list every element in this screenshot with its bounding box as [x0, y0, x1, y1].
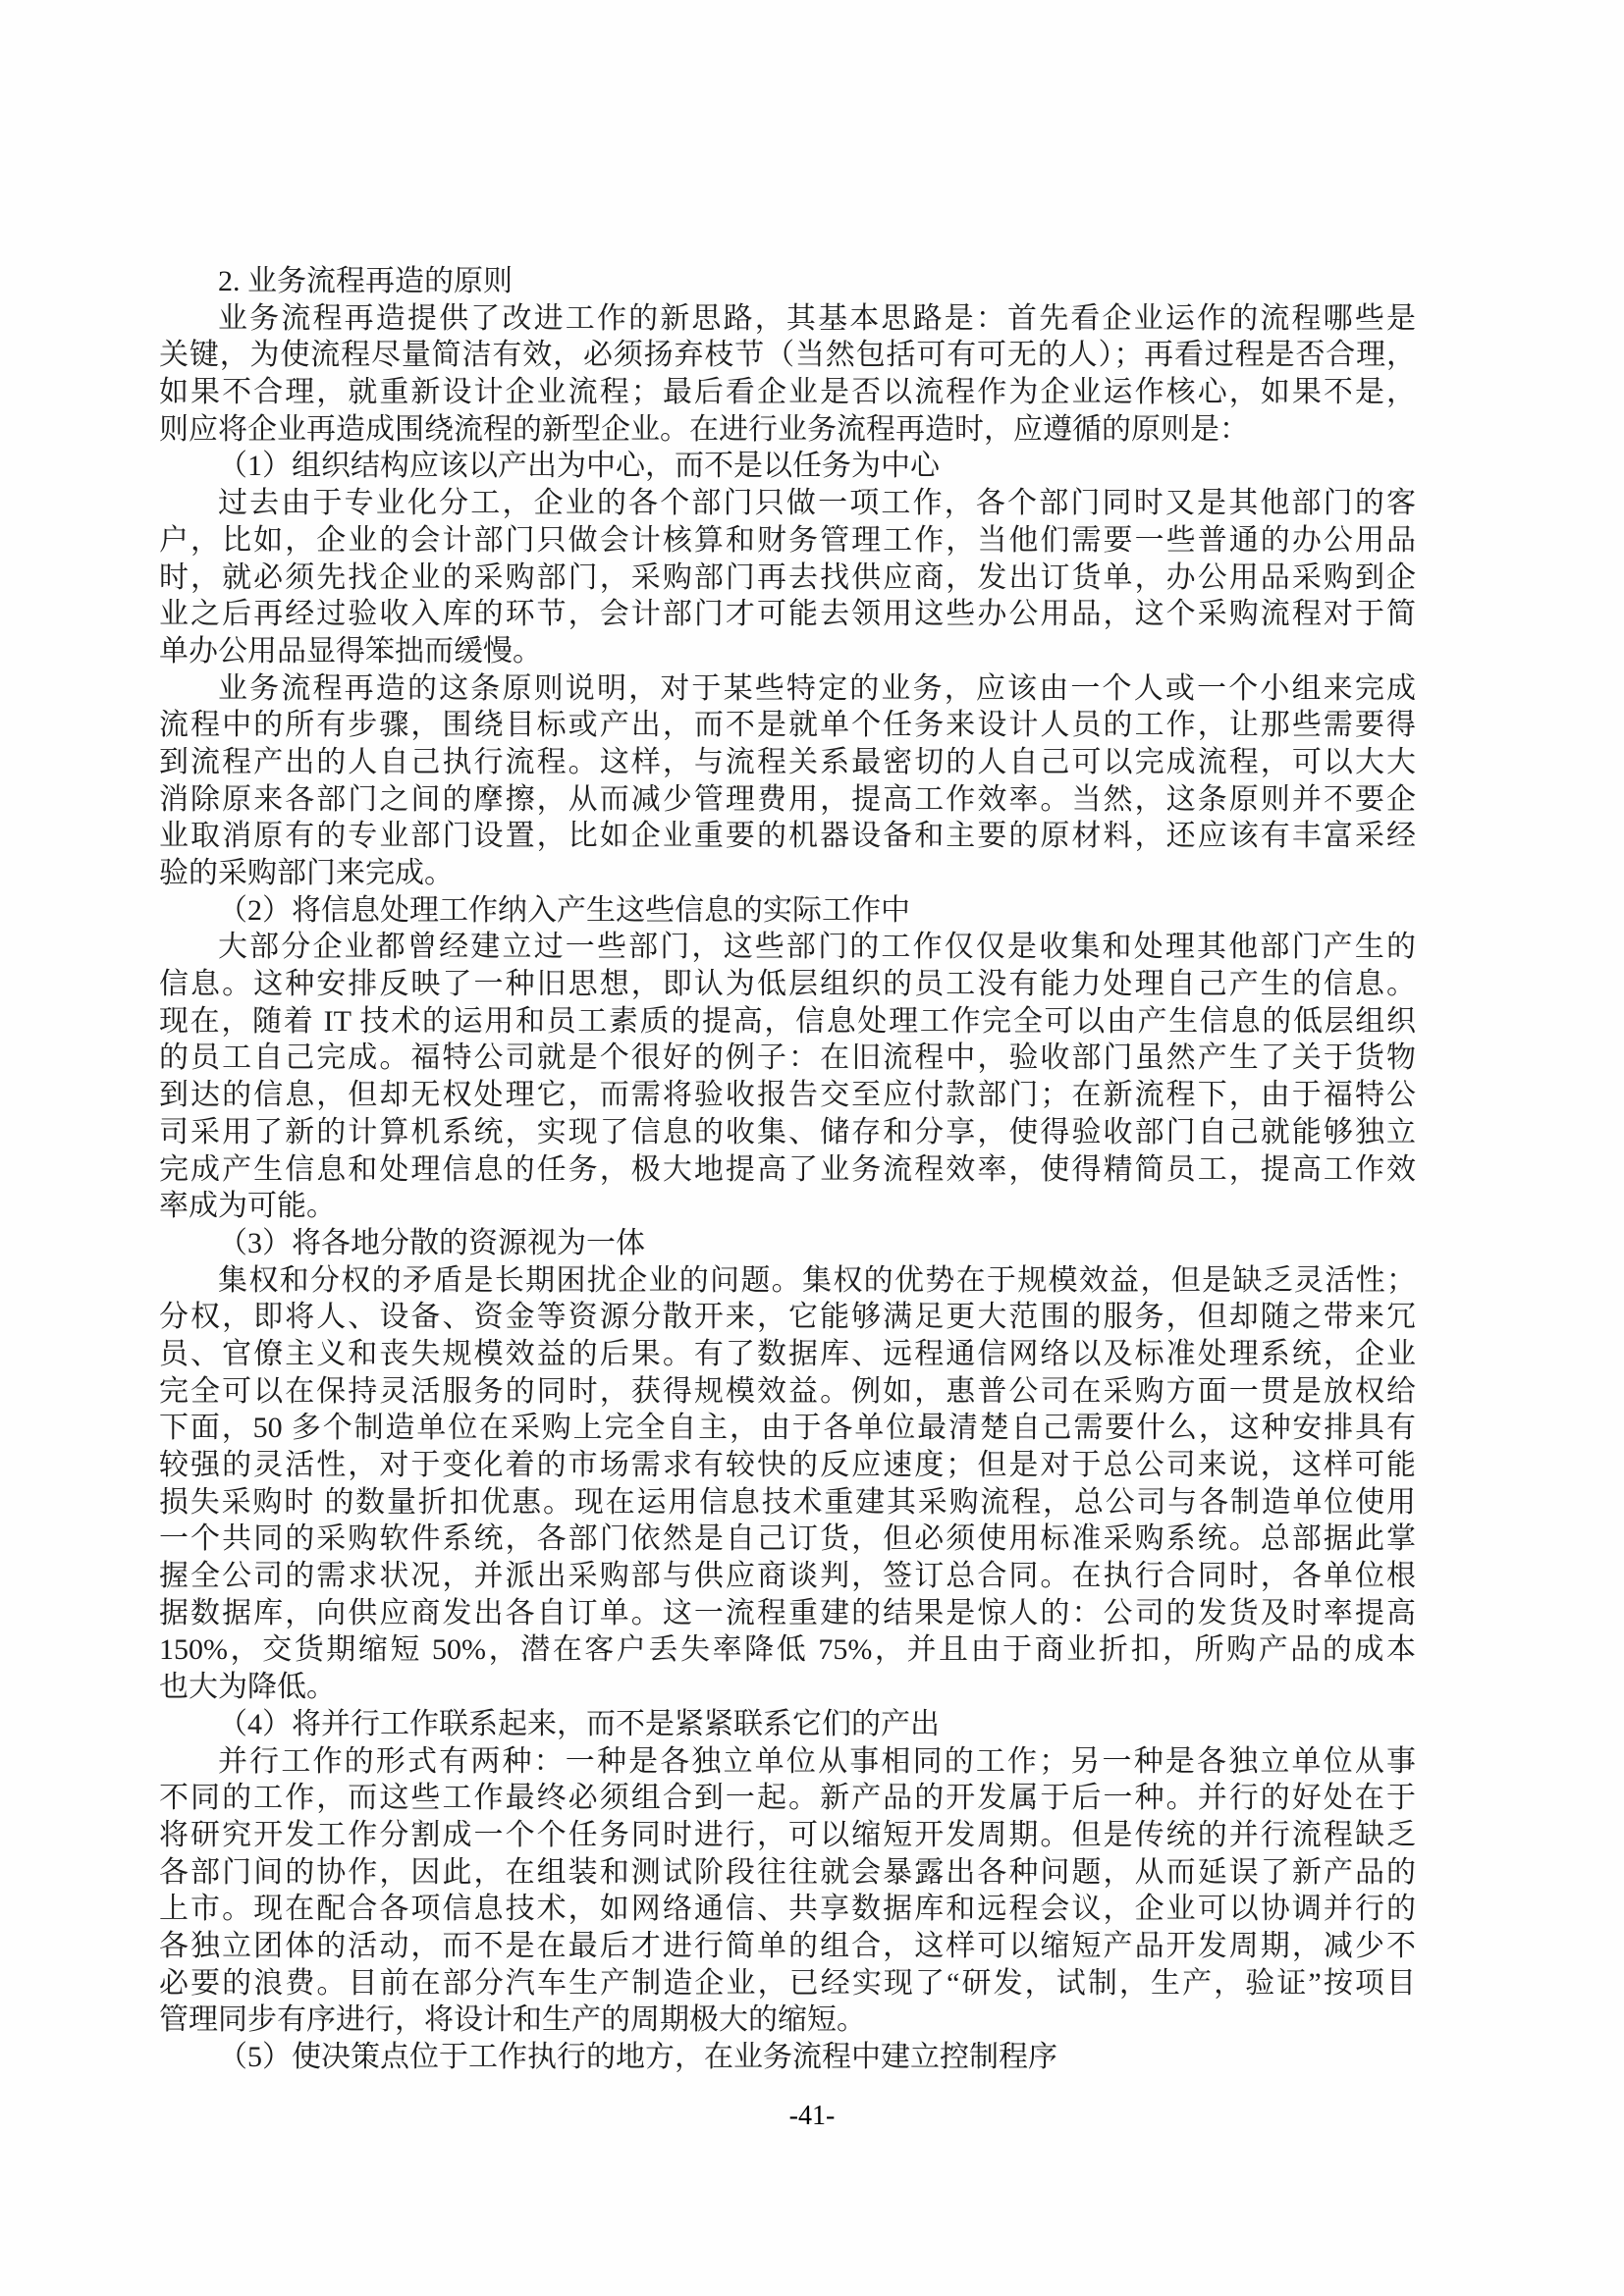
text-line: 不同的工作，而这些工作最终必须组合到一起。新产品的开发属于后一种。并行的好处在于 [159, 1780, 1416, 1817]
text-line: 到流程产出的人自己执行流程。这样，与流程关系最密切的人自己可以完成流程，可以大大 [159, 744, 1416, 781]
text-line: 率成为可能。 [159, 1188, 1416, 1225]
text-line: 到达的信息，但却无权处理它，而需将验收报告交至应付款部门；在新流程下，由于福特公 [159, 1077, 1416, 1114]
text-line: 关键，为使流程尽量简洁有效，必须扬弃枝节（当然包括可有可无的人）；再看过程是否合… [159, 337, 1416, 374]
text-line: 则应将企业再造成围绕流程的新型企业。在进行业务流程再造时，应遵循的原则是： [159, 411, 1416, 449]
text-line: 将研究开发工作分割成一个个任务同时进行，可以缩短开发周期。但是传统的并行流程缺乏 [159, 1817, 1416, 1854]
section-heading: （4）将并行工作联系起来，而不是紧紧联系它们的产出 [159, 1706, 1416, 1743]
text-line: 业取消原有的专业部门设置，比如企业重要的机器设备和主要的原材料，还应该有丰富采经 [159, 818, 1416, 855]
text-line: 下面，50 多个制造单位在采购上完全自主，由于各单位最清楚自己需要什么，这种安排… [159, 1410, 1416, 1447]
text-line: 员、官僚主义和丧失规模效益的后果。有了数据库、远程通信网络以及标准处理系统，企业 [159, 1336, 1416, 1373]
text-line: 150%，交货期缩短 50%，潜在客户丢失率降低 75%，并且由于商业折扣，所购… [159, 1631, 1416, 1669]
text-line: 上市。现在配合各项信息技术，如网络通信、共享数据库和远程会议，企业可以协调并行的 [159, 1891, 1416, 1928]
text-line: 如果不合理，就重新设计企业流程；最后看企业是否以流程作为企业运作核心，如果不是， [159, 374, 1416, 411]
document-body: 2. 业务流程再造的原则业务流程再造提供了改进工作的新思路，其基本思路是：首先看… [159, 263, 1416, 2076]
text-line: 的员工自己完成。福特公司就是个很好的例子：在旧流程中，验收部门虽然产生了关于货物 [159, 1040, 1416, 1077]
section-heading: （2）将信息处理工作纳入产生这些信息的实际工作中 [159, 892, 1416, 930]
section-heading: （1）组织结构应该以产出为中心，而不是以任务为中心 [159, 448, 1416, 485]
section-heading: 2. 业务流程再造的原则 [159, 263, 1416, 300]
text-line: 分权，即将人、设备、资金等资源分散开来，它能够满足更大范围的服务，但却随之带来冗 [159, 1299, 1416, 1336]
text-line: 业务流程再造提供了改进工作的新思路，其基本思路是：首先看企业运作的流程哪些是 [159, 300, 1416, 338]
document-page: 2. 业务流程再造的原则业务流程再造提供了改进工作的新思路，其基本思路是：首先看… [0, 0, 1624, 2296]
text-line: 现在，随着 IT 技术的运用和员工素质的提高，信息处理工作完全可以由产生信息的低… [159, 1003, 1416, 1041]
text-line: 过去由于专业化分工，企业的各个部门只做一项工作，各个部门同时又是其他部门的客 [159, 485, 1416, 522]
text-line: 也大为降低。 [159, 1669, 1416, 1706]
text-line: 损失采购时 的数量折扣优惠。现在运用信息技术重建其采购流程，总公司与各制造单位使… [159, 1484, 1416, 1522]
page-number: -41- [0, 2101, 1624, 2132]
text-line: 据数据库，向供应商发出各自订单。这一流程重建的结果是惊人的：公司的发货及时率提高 [159, 1595, 1416, 1632]
section-heading: （3）将各地分散的资源视为一体 [159, 1225, 1416, 1262]
text-line: 必要的浪费。目前在部分汽车生产制造企业，已经实现了“研发，试制，生产，验证”按项… [159, 1965, 1416, 2002]
text-line: 信息。这种安排反映了一种旧思想，即认为低层组织的员工没有能力处理自己产生的信息。 [159, 966, 1416, 1003]
text-line: 验的采购部门来完成。 [159, 855, 1416, 892]
text-line: 消除原来各部门之间的摩擦，从而减少管理费用，提高工作效率。当然，这条原则并不要企 [159, 781, 1416, 819]
text-line: 完成产生信息和处理信息的任务，极大地提高了业务流程效率，使得精简员工，提高工作效 [159, 1151, 1416, 1189]
text-line: 大部分企业都曾经建立过一些部门，这些部门的工作仅仅是收集和处理其他部门产生的 [159, 929, 1416, 966]
text-line: 握全公司的需求状况，并派出采购部与供应商谈判，签订总合同。在执行合同时，各单位根 [159, 1558, 1416, 1595]
text-line: 集权和分权的矛盾是长期困扰企业的问题。集权的优势在于规模效益，但是缺乏灵活性； [159, 1262, 1416, 1300]
text-line: 户，比如，企业的会计部门只做会计核算和财务管理工作，当他们需要一些普通的办公用品 [159, 522, 1416, 560]
text-line: 单办公用品显得笨拙而缓慢。 [159, 633, 1416, 670]
text-line: 管理同步有序进行，将设计和生产的周期极大的缩短。 [159, 2002, 1416, 2039]
section-heading: （5）使决策点位于工作执行的地方，在业务流程中建立控制程序 [159, 2039, 1416, 2076]
text-line: 司采用了新的计算机系统，实现了信息的收集、储存和分享，使得验收部门自己就能够独立 [159, 1114, 1416, 1151]
text-line: 流程中的所有步骤，围绕目标或产出，而不是就单个任务来设计人员的工作，让那些需要得 [159, 707, 1416, 744]
text-line: 业之后再经过验收入库的环节，会计部门才可能去领用这些办公用品，这个采购流程对于简 [159, 596, 1416, 633]
text-line: 一个共同的采购软件系统，各部门依然是自己订货，但必须使用标准采购系统。总部据此掌 [159, 1521, 1416, 1558]
text-line: 完全可以在保持灵活服务的同时，获得规模效益。例如，惠普公司在采购方面一贯是放权给 [159, 1373, 1416, 1411]
text-line: 较强的灵活性，对于变化着的市场需求有较快的反应速度；但是对于总公司来说，这样可能 [159, 1447, 1416, 1484]
text-line: 各独立团体的活动，而不是在最后才进行简单的组合，这样可以缩短产品开发周期，减少不 [159, 1928, 1416, 1965]
text-line: 各部门间的协作，因此，在组装和测试阶段往往就会暴露出各种问题，从而延误了新产品的 [159, 1854, 1416, 1892]
text-line: 并行工作的形式有两种：一种是各独立单位从事相同的工作；另一种是各独立单位从事 [159, 1743, 1416, 1781]
text-line: 时，就必须先找企业的采购部门，采购部门再去找供应商，发出订货单，办公用品采购到企 [159, 560, 1416, 597]
text-line: 业务流程再造的这条原则说明，对于某些特定的业务，应该由一个人或一个小组来完成 [159, 670, 1416, 708]
